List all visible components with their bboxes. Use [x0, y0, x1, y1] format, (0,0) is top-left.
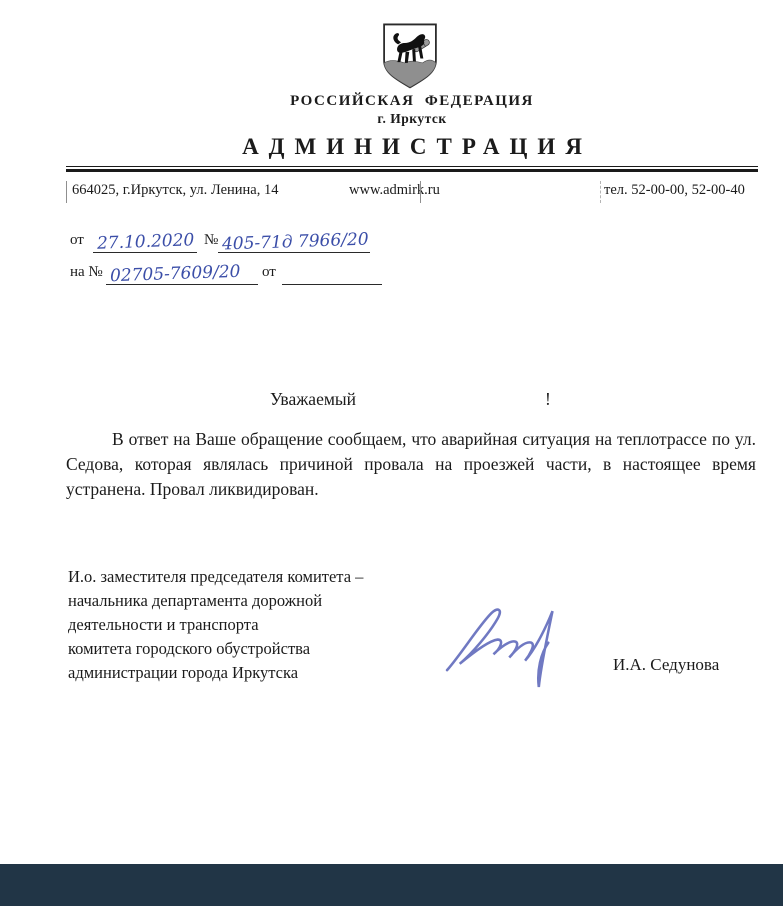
- signer-position-line: деятельности и транспорта: [68, 613, 448, 637]
- irkutsk-coat-of-arms-icon: [369, 20, 451, 94]
- city-title: г. Иркутск: [66, 111, 758, 127]
- in-reply-date-underline: [282, 258, 382, 285]
- number-underline: 405-71д 7966/20: [218, 226, 370, 253]
- in-reply-date-label: от: [262, 264, 276, 281]
- separator-bar-right: [600, 181, 601, 203]
- signer-position-line: комитета городского обустройства: [68, 637, 448, 661]
- signer-position-block: И.о. заместителя председателя комитета –…: [68, 565, 448, 685]
- header-divider: [66, 166, 758, 174]
- website-url: www.admirk.ru: [349, 182, 440, 199]
- handwritten-in-reply-number: 02705-7609/20: [110, 262, 241, 287]
- from-label: от: [70, 232, 84, 249]
- in-reply-label: на №: [70, 264, 103, 281]
- body-paragraph: В ответ на Ваше обращение сообщаем, что …: [66, 427, 756, 502]
- signer-position-line: администрации города Иркутска: [68, 661, 448, 685]
- reference-row-incoming: на № 02705-7609/20 от: [66, 258, 466, 290]
- separator-bar-middle: [420, 181, 421, 203]
- handwritten-date: 27.10.2020: [97, 230, 195, 253]
- in-reply-number-underline: 02705-7609/20: [106, 258, 258, 285]
- contact-strip: 664025, г.Иркутск, ул. Ленина, 14 www.ad…: [66, 180, 758, 206]
- handwritten-number: 405-71д 7966/20: [222, 229, 369, 254]
- salutation-punctuation: !: [545, 389, 551, 410]
- country-title: РОССИЙСКАЯ ФЕДЕРАЦИЯ: [66, 93, 758, 110]
- salutation-text: Уважаемый: [270, 389, 356, 410]
- separator-bar-left: [66, 181, 67, 203]
- date-underline: 27.10.2020: [93, 226, 197, 253]
- signer-position-line: начальника департамента дорожной: [68, 589, 448, 613]
- official-letter-page: РОССИЙСКАЯ ФЕДЕРАЦИЯ г. Иркутск АДМИНИСТ…: [0, 0, 783, 906]
- postal-address: 664025, г.Иркутск, ул. Ленина, 14: [72, 182, 278, 199]
- handwritten-signature-icon: [438, 590, 570, 706]
- viewer-footer-band: [0, 864, 783, 906]
- signer-position-line: И.о. заместителя председателя комитета –: [68, 565, 448, 589]
- signer-name: И.А. Седунова: [613, 655, 719, 675]
- organization-title: АДМИНИСТРАЦИЯ: [66, 134, 758, 160]
- number-label: №: [204, 232, 218, 249]
- phone-numbers: тел. 52-00-00, 52-00-40: [604, 182, 745, 199]
- reference-row-outgoing: от 27.10.2020 № 405-71д 7966/20: [66, 226, 466, 258]
